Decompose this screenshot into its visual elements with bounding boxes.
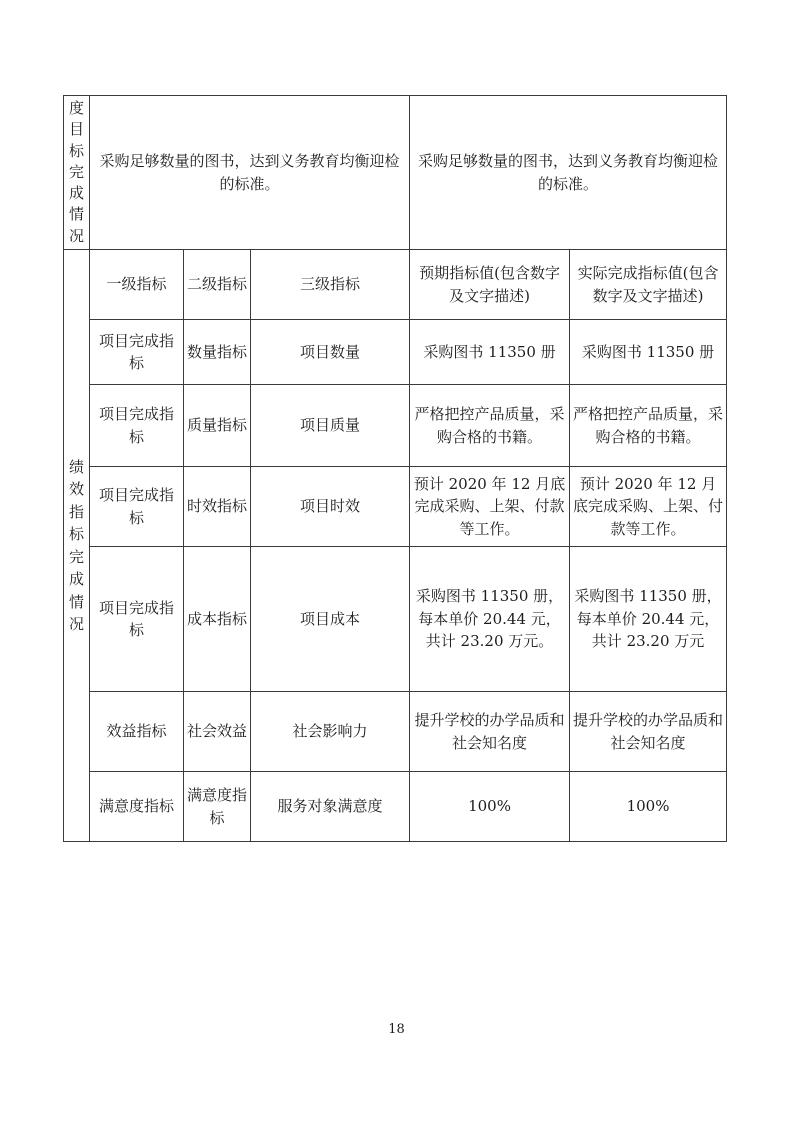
table-row-quality: 项目完成指标 质量指标 项目质量 严格把控产品质量，采购合格的书籍。 严格把控产…: [64, 385, 727, 467]
table-row-quantity: 项目完成指标 数量指标 项目数量 采购图书 11350 册 采购图书 11350…: [64, 320, 727, 385]
annual-goal-actual-cell: 采购足够数量的图书，达到义务教育均衡迎检的标准。: [410, 96, 727, 250]
table-row-benefit: 效益指标 社会效益 社会影响力 提升学校的办学品质和社会知名度 提升学校的办学品…: [64, 692, 727, 772]
cell-level1: 项目完成指标: [90, 547, 184, 692]
table-row-cost: 项目完成指标 成本指标 项目成本 采购图书 11350 册，每本单价 20.44…: [64, 547, 727, 692]
cell-expected: 提升学校的办学品质和社会知名度: [410, 692, 570, 772]
header-level1: 一级指标: [90, 250, 184, 320]
annual-goal-section-label: 度目标完成情况: [69, 98, 84, 247]
cell-actual: 采购图书 11350 册: [570, 320, 727, 385]
table-row-timeliness: 项目完成指标 时效指标 项目时效 预计 2020 年 12 月底完成采购、上架、…: [64, 467, 727, 547]
header-expected: 预期指标值(包含数字及文字描述): [410, 250, 570, 320]
cell-level1: 项目完成指标: [90, 467, 184, 547]
cell-level2: 数量指标: [184, 320, 251, 385]
cell-level1: 满意度指标: [90, 772, 184, 842]
cell-level2: 质量指标: [184, 385, 251, 467]
cell-level3: 服务对象满意度: [251, 772, 410, 842]
performance-table: 度目标完成情况 采购足够数量的图书，达到义务教育均衡迎检的标准。 采购足够数量的…: [63, 95, 727, 842]
annual-goal-row: 度目标完成情况 采购足够数量的图书，达到义务教育均衡迎检的标准。 采购足够数量的…: [64, 96, 727, 250]
cell-expected: 100%: [410, 772, 570, 842]
cell-level2: 社会效益: [184, 692, 251, 772]
performance-section-label: 绩效指标完成情况: [69, 456, 84, 636]
cell-level1: 项目完成指标: [90, 320, 184, 385]
cell-level3: 社会影响力: [251, 692, 410, 772]
cell-actual: 100%: [570, 772, 727, 842]
cell-level1: 效益指标: [90, 692, 184, 772]
cell-level2: 成本指标: [184, 547, 251, 692]
cell-level1: 项目完成指标: [90, 385, 184, 467]
table-row-satisfaction: 满意度指标 满意度指标 服务对象满意度 100% 100%: [64, 772, 727, 842]
cell-actual: 采购图书 11350 册，每本单价 20.44 元，共计 23.20 万元: [570, 547, 727, 692]
cell-expected: 严格把控产品质量，采购合格的书籍。: [410, 385, 570, 467]
cell-actual: 预计 2020 年 12 月底完成采购、上架、付款等工作。: [570, 467, 727, 547]
performance-section-label-cell: 绩效指标完成情况: [64, 250, 90, 842]
cell-expected: 预计 2020 年 12 月底完成采购、上架、付款等工作。: [410, 467, 570, 547]
indicator-header-row: 绩效指标完成情况 一级指标 二级指标 三级指标 预期指标值(包含数字及文字描述)…: [64, 250, 727, 320]
cell-actual: 提升学校的办学品质和社会知名度: [570, 692, 727, 772]
cell-level2: 时效指标: [184, 467, 251, 547]
page-number: 18: [0, 1022, 793, 1037]
header-level3: 三级指标: [251, 250, 410, 320]
cell-level2: 满意度指标: [184, 772, 251, 842]
document-page: 度目标完成情况 采购足够数量的图书，达到义务教育均衡迎检的标准。 采购足够数量的…: [0, 0, 793, 1122]
cell-actual: 严格把控产品质量，采购合格的书籍。: [570, 385, 727, 467]
cell-level3: 项目成本: [251, 547, 410, 692]
cell-level3: 项目时效: [251, 467, 410, 547]
header-actual: 实际完成指标值(包含数字及文字描述): [570, 250, 727, 320]
cell-level3: 项目数量: [251, 320, 410, 385]
annual-goal-section-label-cell: 度目标完成情况: [64, 96, 90, 250]
annual-goal-expected-cell: 采购足够数量的图书，达到义务教育均衡迎检的标准。: [90, 96, 410, 250]
cell-level3: 项目质量: [251, 385, 410, 467]
header-level2: 二级指标: [184, 250, 251, 320]
cell-expected: 采购图书 11350 册，每本单价 20.44 元，共计 23.20 万元。: [410, 547, 570, 692]
cell-expected: 采购图书 11350 册: [410, 320, 570, 385]
